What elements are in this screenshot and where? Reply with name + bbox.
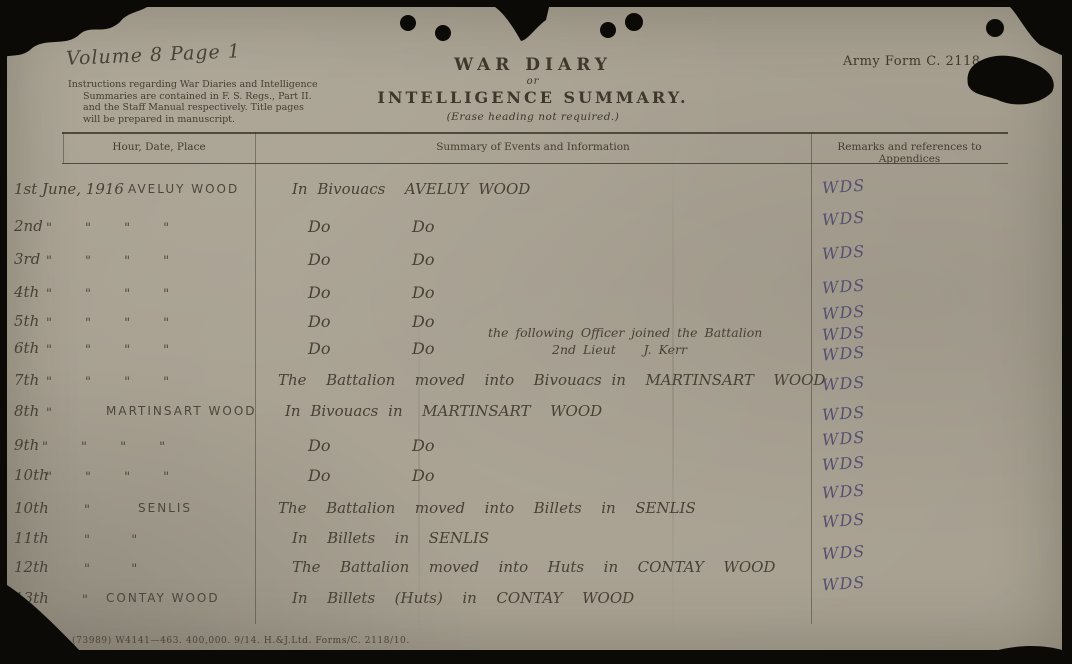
- instructions-block: Instructions regarding War Diaries and I…: [68, 79, 368, 125]
- ditto-marks: " " " ": [46, 470, 169, 485]
- entry-date: 3rd: [14, 250, 40, 268]
- do-mark: Do: [308, 283, 330, 302]
- entry-date: 5th: [14, 312, 39, 330]
- do-mark: Do: [308, 466, 330, 485]
- form-title-war-diary: WAR DIARY: [383, 55, 683, 75]
- do-mark: Do: [412, 312, 434, 331]
- entry-place: AVELUY WOOD: [128, 182, 239, 196]
- instructions-line: will be prepared in manuscript.: [68, 114, 368, 126]
- ditto-marks: " " " ": [42, 440, 165, 455]
- do-mark: Do: [308, 436, 330, 455]
- form-title-note: (Erase heading not required.): [383, 111, 683, 123]
- bottom-black-edge: [0, 650, 1072, 664]
- army-form-number: Army Form C. 2118.: [843, 54, 985, 69]
- do-mark: Do: [412, 436, 434, 455]
- table-column-rule-1: [255, 132, 256, 624]
- officer-note-line: the following Officer joined the Battali…: [488, 325, 762, 340]
- remark-initials: WDS: [821, 373, 865, 395]
- remark-initials: WDS: [821, 323, 865, 345]
- ditto-marks: " " " ": [46, 375, 169, 390]
- entry-summary: The Battalion moved into Bivouacs in MAR…: [278, 371, 825, 389]
- do-mark: Do: [412, 250, 434, 269]
- remark-initials: WDS: [821, 208, 865, 230]
- entry-date: 10th: [14, 499, 49, 517]
- entry-date: 13th: [14, 589, 49, 607]
- instructions-line: and the Staff Manual respectively. Title…: [68, 102, 368, 114]
- remark-initials: WDS: [821, 276, 865, 298]
- entry-date: 9th: [14, 436, 39, 454]
- do-mark: Do: [308, 339, 330, 358]
- entry-summary: In Bivouacs in MARTINSART WOOD: [285, 402, 602, 420]
- entry-date: 6th: [14, 339, 39, 357]
- do-mark: Do: [308, 217, 330, 236]
- remark-initials: WDS: [821, 403, 865, 425]
- remark-initials: WDS: [821, 302, 865, 324]
- form-title-or: or: [383, 76, 683, 87]
- entry-place: CONTAY WOOD: [106, 591, 220, 605]
- remark-initials: WDS: [821, 510, 865, 532]
- entry-place: MARTINSART WOOD: [106, 404, 257, 418]
- do-mark: Do: [412, 466, 434, 485]
- remark-initials: WDS: [821, 481, 865, 503]
- ditto-marks: ": [84, 503, 90, 518]
- entry-date: 10th: [14, 466, 49, 484]
- column-header-hour-date-place: Hour, Date, Place: [63, 141, 255, 153]
- do-mark: Do: [308, 250, 330, 269]
- do-mark: Do: [412, 217, 434, 236]
- entry-date: 11th: [14, 529, 49, 547]
- entry-date: 4th: [14, 283, 39, 301]
- ditto-marks: " ": [84, 562, 137, 577]
- ditto-marks: ": [82, 593, 88, 608]
- instructions-line: Instructions regarding War Diaries and I…: [68, 79, 368, 91]
- officer-note-line: 2nd Lieut J. Kerr: [552, 342, 687, 357]
- ditto-marks: " " " ": [46, 343, 169, 358]
- remark-initials: WDS: [821, 542, 865, 564]
- entry-date: 1st June, 1916: [14, 180, 124, 198]
- ditto-marks: ": [46, 406, 52, 421]
- do-mark: Do: [412, 339, 434, 358]
- scanned-war-diary-page: Volume 8 Page 1 Instructions regarding W…: [0, 0, 1072, 664]
- entry-summary: The Battalion moved into Billets in SENL…: [278, 499, 696, 517]
- remark-initials: WDS: [821, 176, 865, 198]
- ditto-marks: " " " ": [46, 287, 169, 302]
- ditto-marks: " " " ": [46, 221, 169, 236]
- ditto-marks: " " " ": [46, 316, 169, 331]
- remark-initials: WDS: [821, 343, 865, 365]
- column-header-remarks: Remarks and references to Appendices: [811, 141, 1008, 165]
- entry-date: 7th: [14, 371, 39, 389]
- entry-date: 12th: [14, 558, 49, 576]
- entry-summary: In Bivouacs AVELUY WOOD: [292, 180, 530, 198]
- table-top-rule: [62, 132, 1008, 134]
- instructions-line: Summaries are contained in F. S. Regs., …: [68, 91, 368, 103]
- printer-imprint: (73989) W4141—463. 400,000. 9/14. H.&J.L…: [72, 636, 410, 646]
- entry-summary: The Battalion moved into Huts in CONTAY …: [292, 558, 775, 576]
- remark-initials: WDS: [821, 428, 865, 450]
- ditto-marks: " ": [84, 533, 137, 548]
- column-header-summary: Summary of Events and Information: [255, 141, 811, 153]
- entry-summary: In Billets (Huts) in CONTAY WOOD: [292, 589, 634, 607]
- do-mark: Do: [412, 283, 434, 302]
- entry-summary: In Billets in SENLIS: [292, 529, 489, 547]
- do-mark: Do: [308, 312, 330, 331]
- entry-date: 2nd: [14, 217, 43, 235]
- remark-initials: WDS: [821, 573, 865, 595]
- remark-initials: WDS: [821, 242, 865, 264]
- form-title-intelligence-summary: INTELLIGENCE SUMMARY.: [358, 88, 708, 107]
- remark-initials: WDS: [821, 453, 865, 475]
- ditto-marks: " " " ": [46, 254, 169, 269]
- entry-date: 8th: [14, 402, 39, 420]
- entry-place: SENLIS: [138, 501, 192, 515]
